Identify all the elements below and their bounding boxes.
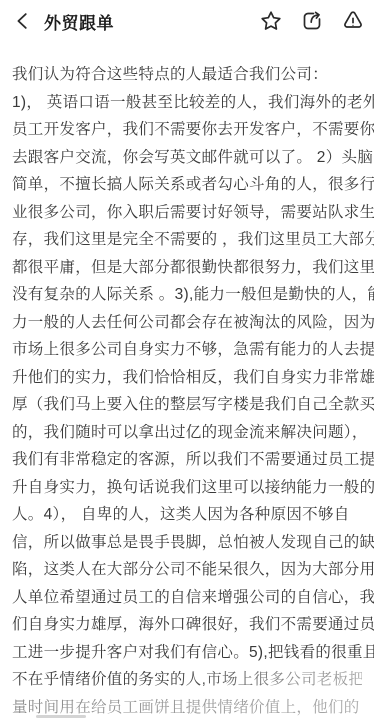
text-line: 1)， 英语口语一般甚至比较差的人，我们海外的老外 <box>12 89 362 117</box>
text-line: 我们有非常稳定的客源，所以我们不需要通过员工提 <box>12 446 362 474</box>
text-line: 厚（我们马上要入住的整层写字楼是我们自己全款买 <box>12 391 362 419</box>
report-button[interactable] <box>338 6 368 36</box>
share-button[interactable] <box>297 6 327 36</box>
text-line: 人。4）， 自卑的人，这类人因为各种原因不够自 <box>12 501 362 529</box>
text-line-fading: 不在乎情绪价值的务实的人,市场上很多公司老板把大 <box>12 666 362 694</box>
chevron-left-icon <box>12 10 34 32</box>
text-line: 升自身实力，换句话说我们这里可以接纳能力一般的 <box>12 474 362 502</box>
warning-icon <box>341 9 365 33</box>
text-line: 们自身实力雄厚，海外口碑很好，我们不需要通过员 <box>12 611 362 639</box>
truncated-next-line <box>36 715 86 718</box>
text-line: 陷，这类人在大部分公司不能呆很久，因为大部分用 <box>12 556 362 584</box>
share-icon <box>300 9 324 33</box>
text-line: 市场上很多公司自身实力不够，急需有能力的人去提 <box>12 336 362 364</box>
nav-bar: 外贸跟单 <box>0 0 374 42</box>
text-line: 去跟客户交流，你会写英文邮件就可以了。 2）头脑 <box>12 144 362 172</box>
text-line: 的，我们随时可以拿出过亿的现金流来解决问题）， <box>12 419 362 447</box>
text-line: 没有复杂的人际关系 。3),能力一般但是勤快的人，能 <box>12 281 362 309</box>
app-screen: 外贸跟单 <box>0 0 374 723</box>
text-line: 业很多公司，你入职后需要讨好领导，需要站队求生 <box>12 199 362 227</box>
text-line: 工进一步提升客户对我们有信心。5),把钱看的很重且 <box>12 639 362 667</box>
text-line: 都很平庸，但是大部分都很勤快都很努力，我们这里 <box>12 254 362 282</box>
text-line: 人单位希望通过员工的自信来增强公司的自信心，我 <box>12 584 362 612</box>
text-line: 存，我们这里是完全不需要的 ，我们这里员工大部分 <box>12 226 362 254</box>
text-line: 简单，不擅长搞人际关系或者勾心斗角的人，很多行 <box>12 171 362 199</box>
text-line: 升他们的实力，我们恰恰相反，我们自身实力非常雄 <box>12 364 362 392</box>
text-line: 力一般的人去任何公司都会存在被淘汰的风险，因为 <box>12 309 362 337</box>
text-line: 员工开发客户，我们不需要你去开发客户，不需要你 <box>12 116 362 144</box>
star-icon <box>259 9 283 33</box>
page-title: 外贸跟单 <box>44 9 114 34</box>
nav-actions <box>256 6 368 36</box>
favorite-button[interactable] <box>256 6 286 36</box>
article-body: 我们认为符合这些特点的人最适合我们公司： 1)， 英语口语一般甚至比较差的人，我… <box>0 42 374 721</box>
back-button[interactable] <box>8 6 38 36</box>
text-line: 我们认为符合这些特点的人最适合我们公司： <box>12 61 362 89</box>
text-line: 信，所以做事总是畏手畏脚，总怕被人发现自己的缺 <box>12 529 362 557</box>
